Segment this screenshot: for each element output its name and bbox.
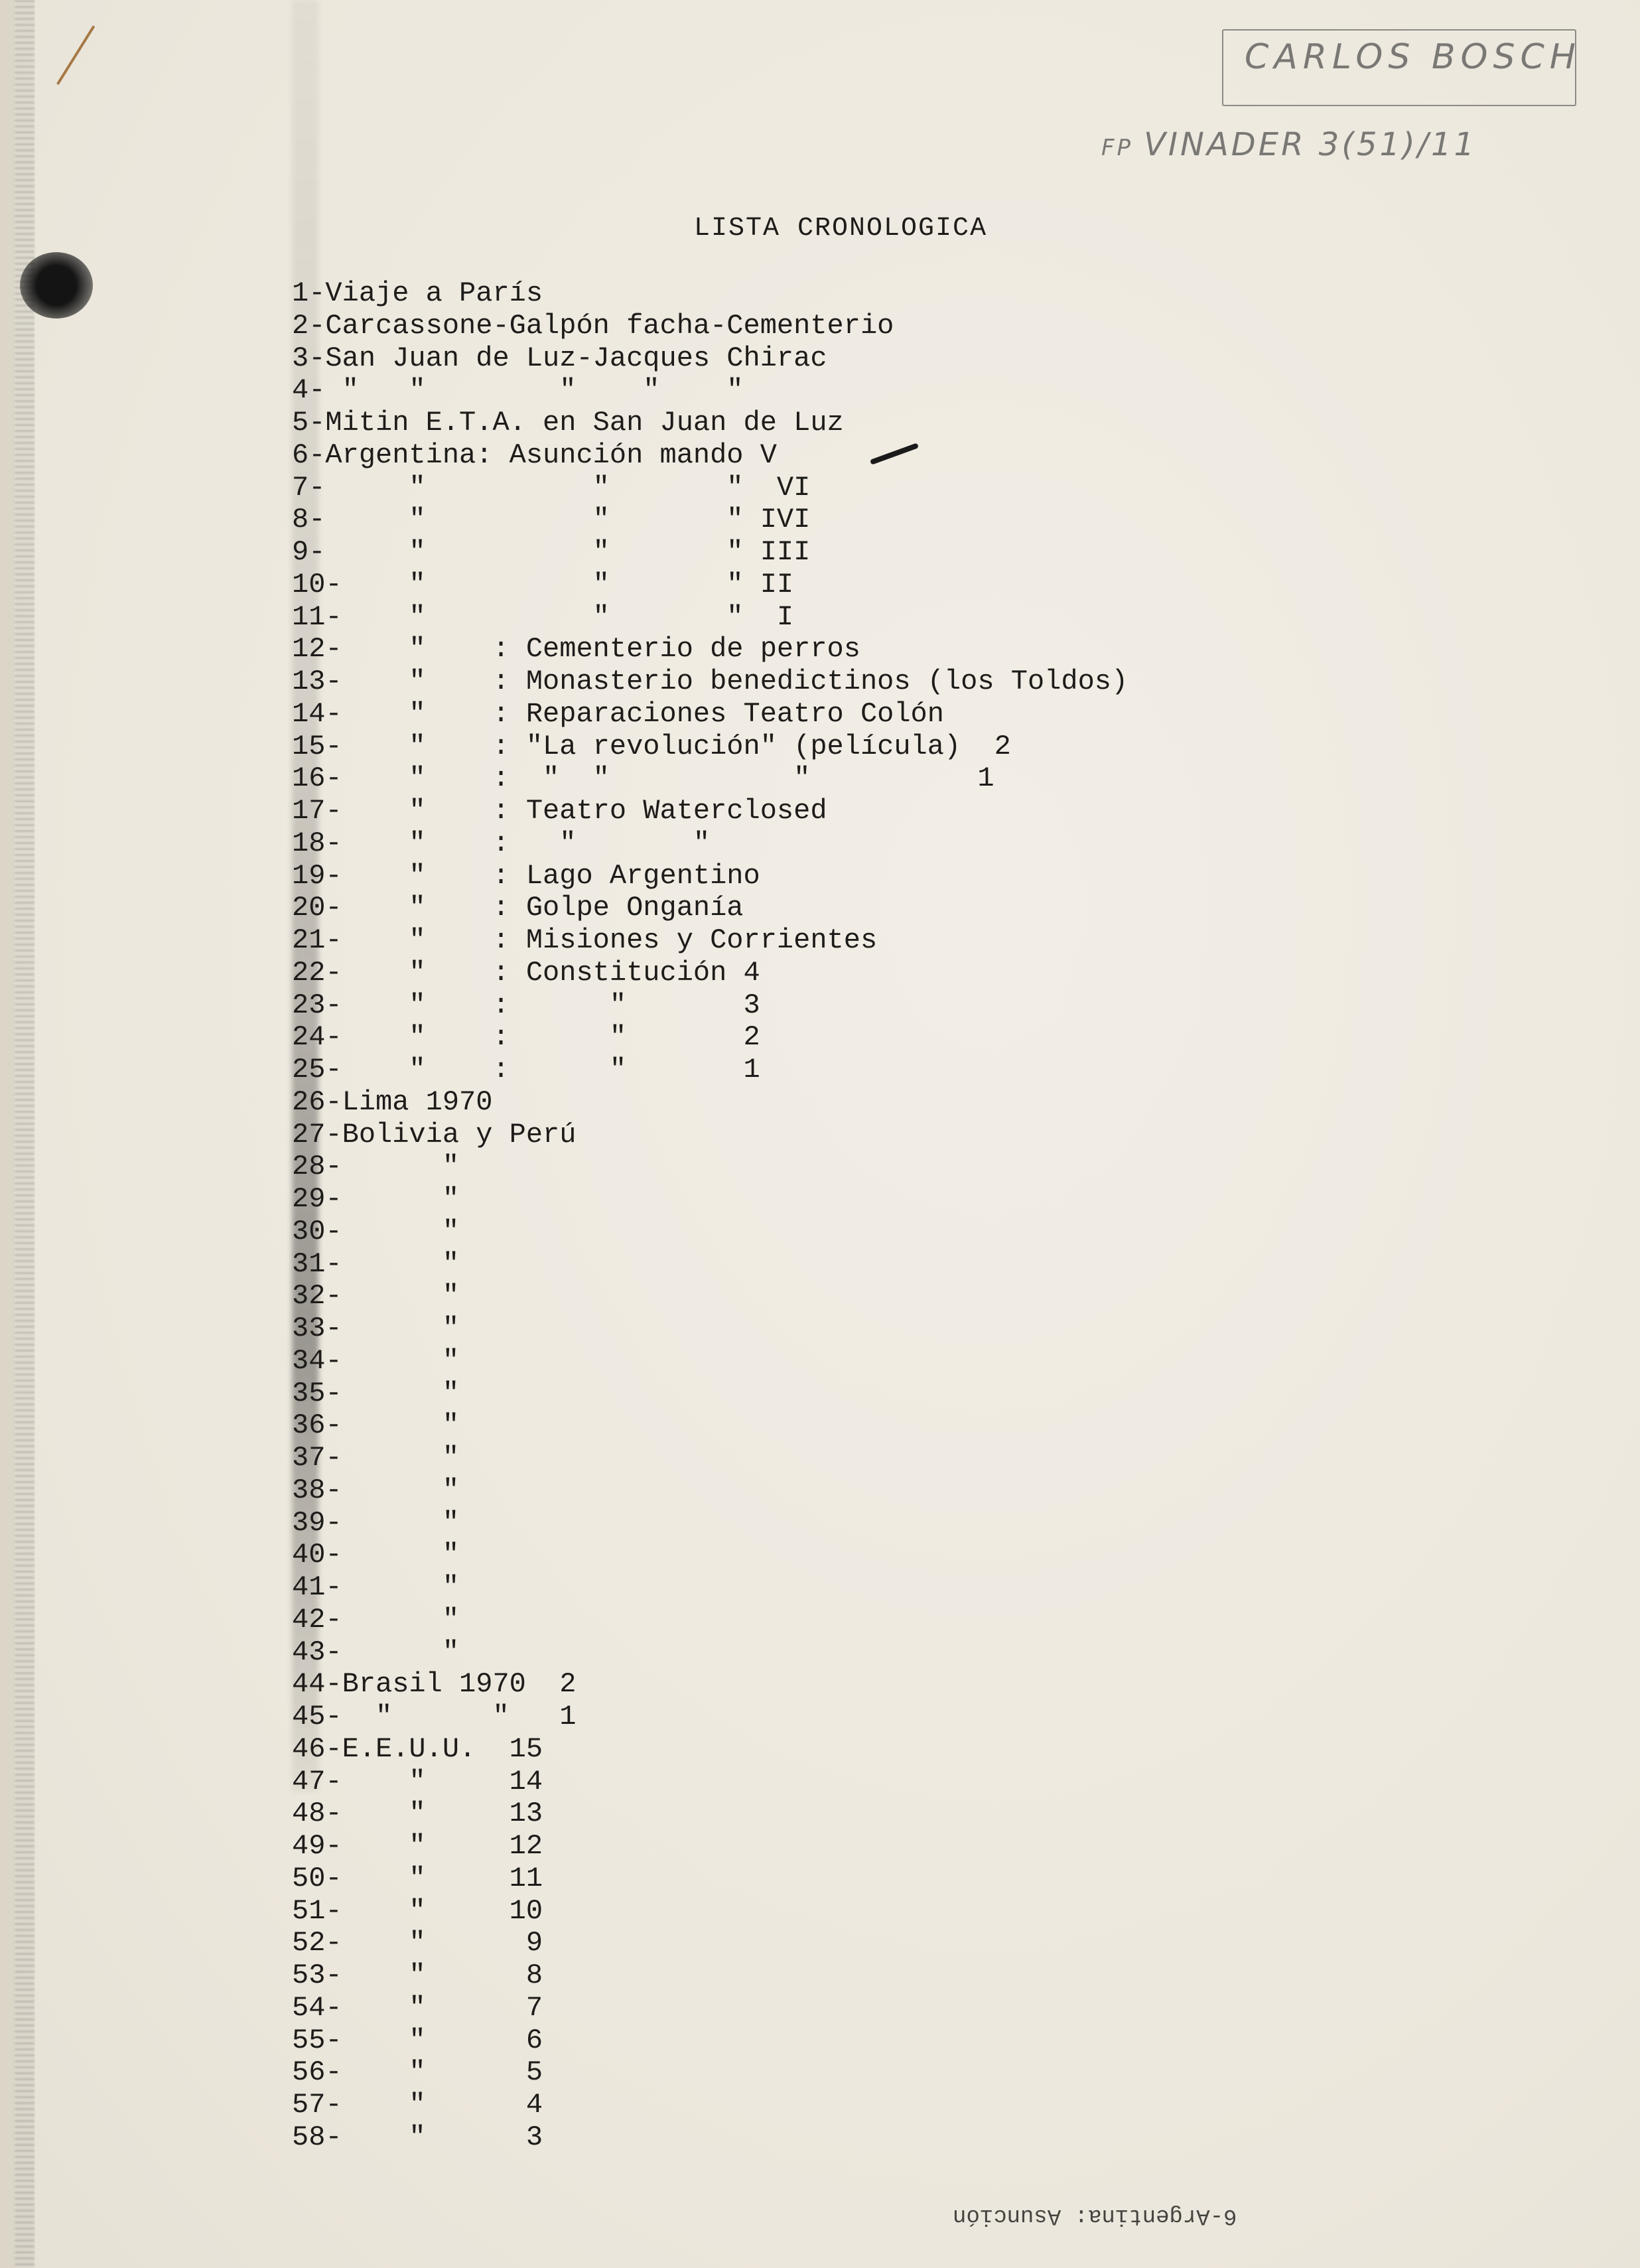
list-item: 1-Viaje a París — [292, 277, 543, 309]
mirrored-offset-text: 6-Argentina: Asunción — [953, 2203, 1237, 2228]
list-item: 12- " : Cementerio de perros — [292, 633, 860, 665]
name-annotation: CARLOS BOSCH — [1245, 37, 1581, 77]
list-item: 51- " 10 — [292, 1895, 543, 1927]
list-item: 42- " — [292, 1604, 459, 1636]
list-item: 35- " — [292, 1378, 459, 1409]
list-item: 23- " : " 3 — [292, 989, 760, 1021]
list-item: 27-Bolivia y Perú — [292, 1119, 576, 1151]
list-item: 44-Brasil 1970 2 — [292, 1668, 576, 1700]
ink-blot — [20, 252, 93, 319]
list-item: 45- " " 1 — [292, 1701, 576, 1733]
list-item: 30- " — [292, 1216, 459, 1247]
list-item: 25- " : " 1 — [292, 1054, 760, 1086]
reference-prefix: FP — [1101, 135, 1133, 161]
list-item: 22- " : Constitución 4 — [292, 957, 760, 989]
list-item: 53- " 8 — [292, 1959, 543, 1991]
list-item: 15- " : "La revolución" (película) 2 — [292, 731, 1011, 762]
reference-annotation: FPVINADER 3(51)/11 — [1101, 126, 1477, 163]
list-item: 40- " — [292, 1539, 459, 1571]
list-item: 21- " : Misiones y Corrientes — [292, 924, 877, 956]
list-item: 7- " " " VI — [292, 472, 810, 504]
list-item: 20- " : Golpe Onganía — [292, 892, 744, 924]
list-item: 10- " " " II — [292, 569, 793, 601]
staple-icon — [56, 25, 96, 85]
list-item: 54- " 7 — [292, 1992, 543, 2024]
list-item: 32- " — [292, 1280, 459, 1312]
check-mark-icon — [870, 443, 919, 465]
list-item: 33- " — [292, 1312, 459, 1344]
copy-smear-left — [15, 0, 34, 2268]
list-item: 18- " : " " — [292, 827, 710, 859]
list-item: 28- " — [292, 1151, 459, 1182]
list-item: 8- " " " IVI — [292, 504, 810, 535]
list-item: 34- " — [292, 1345, 459, 1377]
list-item: 2-Carcassone-Galpón facha-Cementerio — [292, 310, 894, 342]
list-item: 47- " 14 — [292, 1766, 543, 1798]
list-item: 16- " : " " " 1 — [292, 762, 994, 794]
list-item: 36- " — [292, 1409, 459, 1441]
list-item: 43- " — [292, 1636, 459, 1668]
list-item: 9- " " " III — [292, 536, 810, 568]
list-item: 5-Mitin E.T.A. en San Juan de Luz — [292, 407, 844, 439]
list-item: 19- " : Lago Argentino — [292, 860, 760, 892]
page-title: LISTA CRONOLOGICA — [694, 214, 987, 244]
list-item: 55- " 6 — [292, 2024, 543, 2056]
list-item: 48- " 13 — [292, 1798, 543, 1829]
document-page: CARLOS BOSCH FPVINADER 3(51)/11 LISTA CR… — [0, 0, 1640, 2268]
list-item: 49- " 12 — [292, 1830, 543, 1862]
list-item: 37- " — [292, 1442, 459, 1474]
list-item: 52- " 9 — [292, 1927, 543, 1959]
list-item: 24- " : " 2 — [292, 1021, 760, 1053]
list-item: 57- " 4 — [292, 2089, 543, 2121]
list-item: 13- " : Monasterio benedictinos (los Tol… — [292, 666, 1128, 697]
list-item: 3-San Juan de Luz-Jacques Chirac — [292, 342, 827, 374]
list-item: 29- " — [292, 1183, 459, 1215]
list-item: 14- " : Reparaciones Teatro Colón — [292, 698, 944, 730]
list-item: 46-E.E.U.U. 15 — [292, 1733, 543, 1765]
list-item: 58- " 3 — [292, 2121, 543, 2153]
list-item: 39- " — [292, 1507, 459, 1539]
list-item: 41- " — [292, 1571, 459, 1603]
list-item: 50- " 11 — [292, 1863, 543, 1894]
list-item: 6-Argentina: Asunción mando V — [292, 439, 777, 471]
list-item: 38- " — [292, 1474, 459, 1506]
list-item: 11- " " " I — [292, 601, 793, 633]
list-item: 4- " " " " " — [292, 374, 744, 406]
paper-edge — [0, 0, 15, 2268]
list-item: 31- " — [292, 1248, 459, 1280]
list-item: 56- " 5 — [292, 2056, 543, 2088]
list-item: 26-Lima 1970 — [292, 1086, 492, 1118]
reference-code: VINADER 3(51)/11 — [1144, 126, 1477, 163]
list-item: 17- " : Teatro Waterclosed — [292, 795, 827, 827]
